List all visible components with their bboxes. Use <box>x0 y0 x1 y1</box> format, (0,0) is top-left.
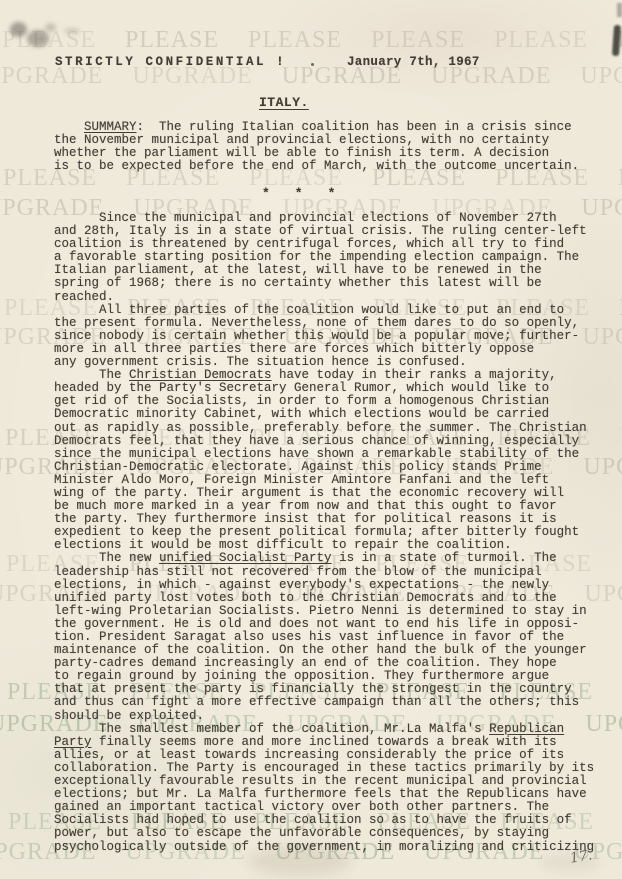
scan-edge-mark <box>612 25 621 56</box>
text-line: the present formula. Nevertheless, none … <box>54 317 594 330</box>
text-line: out as rapidly as possible, preferably b… <box>54 422 594 435</box>
text-line: All three parties of the coalition would… <box>54 304 594 317</box>
text-line: psychologically outside of the governmen… <box>54 841 594 854</box>
text-line: and thus can fight a more effective camp… <box>54 696 594 709</box>
watermark-word: PLEASE <box>248 27 342 53</box>
watermark-word: UPGRADE <box>580 63 622 89</box>
text-line: Party finally seems more and more inclin… <box>54 736 594 749</box>
summary-paragraph: SUMMARY: The ruling Italian coalition ha… <box>54 121 579 173</box>
text-line: Democrats feel, that they have a serious… <box>54 435 594 448</box>
text-line: since the municipal elections have shown… <box>54 448 594 461</box>
text-line: power, but also to escape the unfavorabl… <box>54 827 594 840</box>
text-line: since nobody is certain whether this wou… <box>54 330 594 343</box>
scan-edge-mark <box>617 3 622 17</box>
text-line: reached. <box>54 291 594 304</box>
text-line: spring of 1968; there is no certainty wh… <box>54 277 594 290</box>
text-line: The new unified Socialist Party is in a … <box>54 552 594 565</box>
section-separator: * * * <box>262 186 336 201</box>
text-line: is to be expected before the end of Marc… <box>54 160 579 173</box>
stray-dot-mark <box>311 63 314 66</box>
text-line: left-wing Proletarian Socialists. Pietro… <box>54 605 594 618</box>
text-line: Minister Aldo Moro, Foreign Minister Ami… <box>54 474 594 487</box>
text-line: leadership has still not recovered from … <box>54 566 594 579</box>
ink-smudge <box>45 23 56 32</box>
text-line: Democratic minority Cabinet, with which … <box>54 408 594 421</box>
page-number: 17. <box>569 847 593 866</box>
document-page: PLEASEPLEASEPLEASEPLEASEPLEASEPLEASEUPGR… <box>0 0 622 879</box>
watermark-word: PLEASE <box>494 27 588 53</box>
body-text: Since the municipal and provincial elect… <box>54 212 594 854</box>
ink-smudge <box>27 30 49 47</box>
text-line: allies, or at least towards increasing c… <box>54 749 594 762</box>
text-line: elections, in which - against everybody'… <box>54 579 594 592</box>
text-line: The smallest member of the coalition, Mr… <box>54 723 594 736</box>
watermark-word: PLEASE <box>125 27 219 53</box>
watermark-word: PLEASE <box>618 165 622 191</box>
classification-label: STRICTLY CONFIDENTIAL ! <box>55 55 286 69</box>
document-date: January 7th, 1967 <box>347 55 480 69</box>
text-line: unified party lost votes both to the Chr… <box>54 592 594 605</box>
text-line: Christian-Democratic electorate. Against… <box>54 461 594 474</box>
ink-smudge <box>64 28 80 34</box>
ink-smudge <box>10 22 27 37</box>
document-title: ITALY. <box>259 95 309 110</box>
watermark-word: PLEASE <box>371 27 465 53</box>
watermark-word: PLEASE <box>2 27 96 53</box>
watermark-row: PLEASEPLEASEPLEASEPLEASEPLEASEPLEASE <box>2 26 622 55</box>
